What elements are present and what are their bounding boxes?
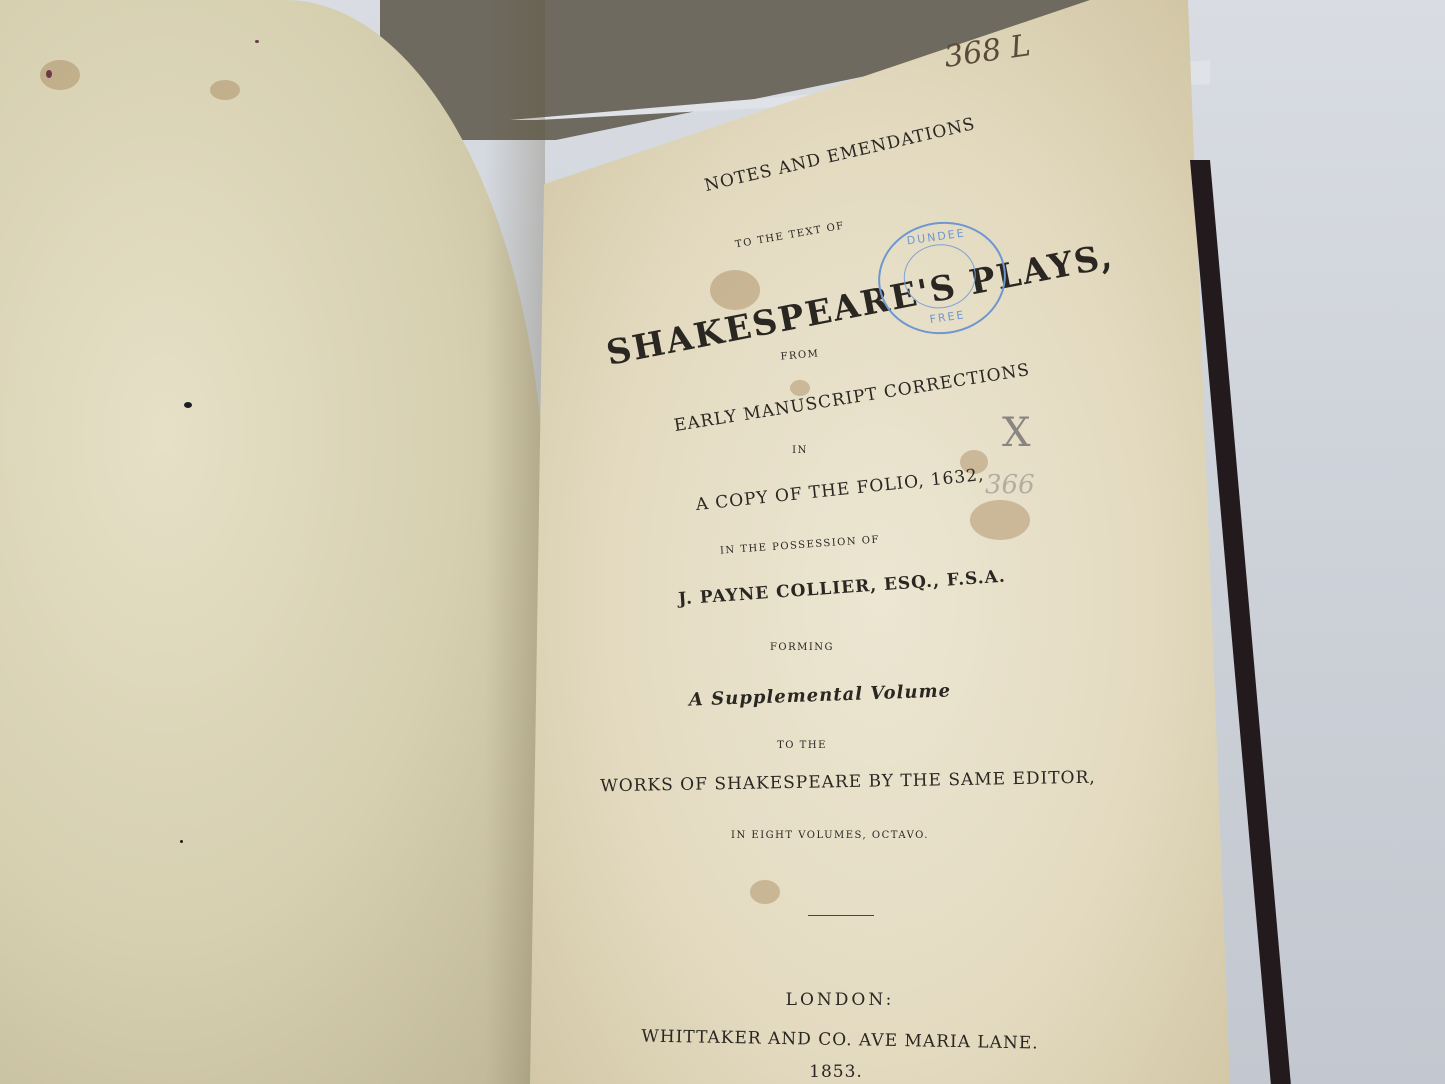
imprint-city: LONDON: xyxy=(500,990,1180,1010)
pencil-number: 366 xyxy=(985,470,1035,500)
imprint-year: 1853. xyxy=(496,1062,1176,1082)
foxing-stain xyxy=(210,80,240,100)
foxing-stain xyxy=(790,380,810,396)
ink-spot xyxy=(255,40,259,43)
foxing-stain xyxy=(710,270,760,310)
ink-spot xyxy=(46,70,52,78)
left-page-verso xyxy=(0,0,545,1084)
title-line-6: IN xyxy=(460,445,1140,456)
ink-spot xyxy=(184,402,192,408)
title-line-12: TO THE xyxy=(462,740,1142,751)
divider-rule xyxy=(808,915,874,916)
foxing-stain xyxy=(750,880,780,904)
ink-spot xyxy=(180,840,183,843)
pencil-x-mark: X xyxy=(1002,410,1030,456)
title-line-14: IN EIGHT VOLUMES, OCTAVO. xyxy=(490,830,1170,841)
title-line-10: FORMING xyxy=(462,642,1142,653)
